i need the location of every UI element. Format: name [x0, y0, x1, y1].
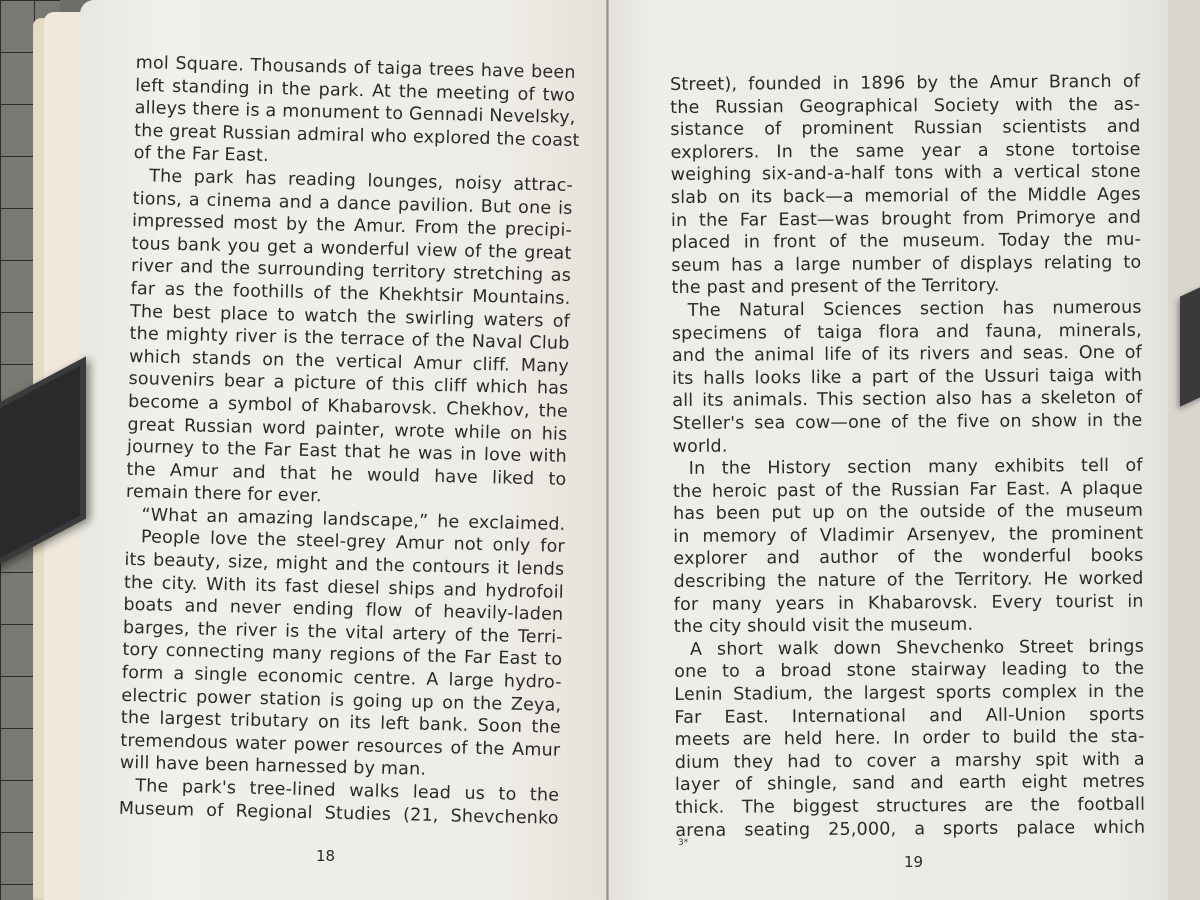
left-page-body: mol Square. Thousands of taiga trees hav… — [119, 52, 576, 830]
text-line: explorers. In the same year a stone tort… — [670, 138, 1140, 164]
text-line: world. — [673, 432, 1143, 458]
page-number-18: 18 — [316, 847, 335, 865]
text-line: in memory of Vladimir Arsenyev, the prom… — [673, 523, 1143, 549]
text-line: describing the nature of the Territory. … — [673, 568, 1143, 594]
text-line: Lenin Stadium, the largest sports comple… — [674, 681, 1144, 707]
book-gutter — [606, 0, 609, 900]
text-line: A short walk down Shevchenko Street brin… — [674, 636, 1144, 662]
text-line: Steller's sea cow—one of the five on sho… — [672, 410, 1142, 436]
right-page-body: Street), founded in 1896 by the Amur Bra… — [670, 71, 1145, 842]
text-line: In the History section many exhibits tel… — [673, 455, 1143, 481]
text-line: arena seating 25,000, a sports palace wh… — [675, 816, 1145, 842]
text-line: the city should visit the museum. — [674, 613, 1144, 639]
text-line: its halls looks like a part of the Ussur… — [672, 364, 1142, 390]
text-line: meets are held here. In order to build t… — [675, 726, 1145, 752]
text-line: the past and present of the Territory. — [671, 274, 1141, 300]
text-line: all its animals. This section also has a… — [672, 387, 1142, 413]
text-line: in the Far East—was brought from Primory… — [671, 206, 1141, 232]
left-page: mol Square. Thousands of taiga trees hav… — [80, 0, 608, 900]
text-line: sistance of prominent Russian scientists… — [670, 116, 1140, 142]
text-line: The Natural Sciences section has numerou… — [672, 297, 1142, 323]
text-line: layer of shingle, sand and earth eight m… — [675, 771, 1145, 797]
text-line: slab on its back—a memorial of the Middl… — [671, 184, 1141, 210]
text-line: the heroic past of the Russian Far East.… — [673, 477, 1143, 503]
right-page: Street), founded in 1896 by the Amur Bra… — [608, 0, 1168, 900]
text-line: one to a broad stone stairway leading to… — [674, 658, 1144, 684]
text-line: the Russian Geographical Society with th… — [670, 93, 1140, 119]
text-line: thick. The biggest structures are the fo… — [675, 794, 1145, 820]
text-line: placed in front of the museum. Today the… — [671, 229, 1141, 255]
page-number-19: 19 — [904, 853, 923, 871]
text-line: Far East. International and All-Union sp… — [674, 703, 1144, 729]
text-line: has been put up on the outside of the mu… — [673, 500, 1143, 526]
text-line: for many years in Khabarovsk. Every tour… — [674, 590, 1144, 616]
signature-mark: 3* — [678, 838, 688, 848]
text-line: weighing six-and-a-half tons with a vert… — [671, 161, 1141, 187]
text-line: and the animal life of its rivers and se… — [672, 342, 1142, 368]
text-line: seum has a large number of displays rela… — [671, 251, 1141, 277]
text-line: specimens of taiga flora and fauna, mine… — [672, 319, 1142, 345]
text-line: dium they had to cover a marshy spit wit… — [675, 749, 1145, 775]
text-line: explorer and author of the wonderful boo… — [673, 545, 1143, 571]
text-line: Street), founded in 1896 by the Amur Bra… — [670, 71, 1140, 97]
